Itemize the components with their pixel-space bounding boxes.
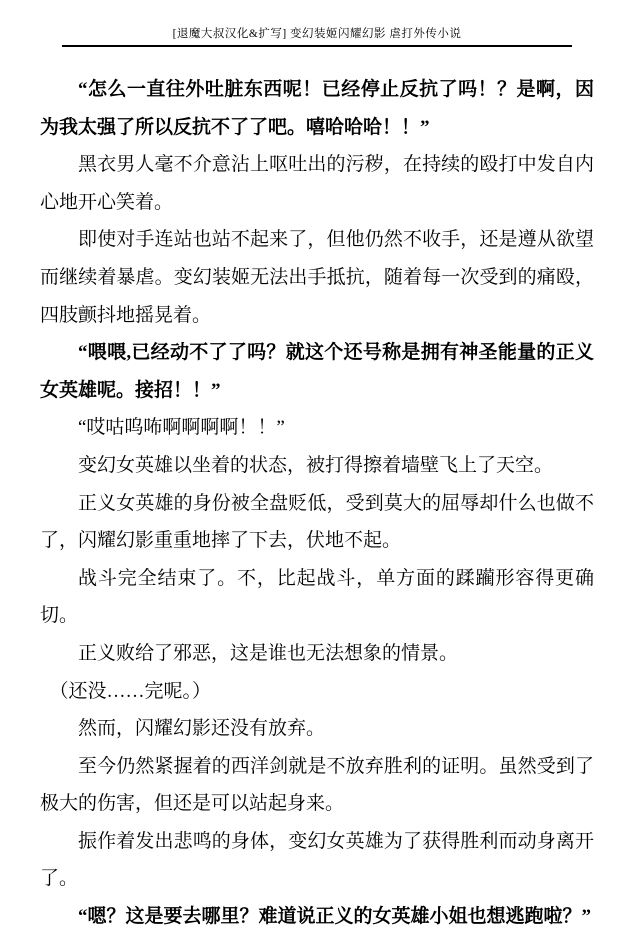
narration-paragraph: 至今仍然紧握着的西洋剑就是不放弃胜利的证明。虽然受到了极大的伤害，但还是可以站起… [40, 748, 594, 823]
narration-paragraph: 然而，闪耀幻影还没有放弃。 [40, 710, 594, 748]
story-body: “怎么一直往外吐脏东西呢！已经停止反抗了吗！？是啊，因为我太强了所以反抗不了了吧… [40, 71, 594, 936]
narration-paragraph: 即使对手连站也站不起来了，但他仍然不收手，还是遵从欲望而继续着暴虐。变幻装姬无法… [40, 221, 594, 334]
header-title: [退魔大叔汉化&扩写] 变幻装姬闪耀幻影 虐打外传小说 [62, 27, 572, 42]
narration-paragraph: 变幻女英雄以坐着的状态，被打得擦着墙壁飞上了天空。 [40, 447, 594, 485]
dialogue-paragraph: “哎咕呜咘啊啊啊啊！！” [40, 409, 594, 447]
dialogue-bold-paragraph: “嗯？这是要去哪里？难道说正义的女英雄小姐也想逃跑啦？” [40, 898, 594, 936]
dialogue-bold-paragraph: “喂喂,已经动不了了吗？就这个还号称是拥有神圣能量的正义女英雄呢。接招！！” [40, 334, 594, 409]
narration-paragraph: 正义女英雄的身份被全盘贬低，受到莫大的屈辱却什么也做不了，闪耀幻影重重地摔了下去… [40, 485, 594, 560]
page-header: [退魔大叔汉化&扩写] 变幻装姬闪耀幻影 虐打外传小说 [62, 0, 572, 42]
narration-paragraph: 振作着发出悲鸣的身体，变幻女英雄为了获得胜利而动身离开了。 [40, 823, 594, 898]
dialogue-bold-paragraph: “怎么一直往外吐脏东西呢！已经停止反抗了吗！？是啊，因为我太强了所以反抗不了了吧… [40, 71, 594, 146]
header-divider [62, 45, 572, 47]
narration-paragraph: 正义败给了邪恶，这是谁也无法想象的情景。 [40, 635, 594, 673]
inner-thought-paragraph: （还没……完呢。） [40, 673, 594, 711]
document-page: [退魔大叔汉化&扩写] 变幻装姬闪耀幻影 虐打外传小说 “怎么一直往外吐脏东西呢… [0, 0, 634, 941]
narration-paragraph: 黑衣男人毫不介意沾上呕吐出的污秽，在持续的殴打中发自内心地开心笑着。 [40, 146, 594, 221]
narration-paragraph: 战斗完全结束了。不，比起战斗，单方面的蹂躏形容得更确切。 [40, 560, 594, 635]
